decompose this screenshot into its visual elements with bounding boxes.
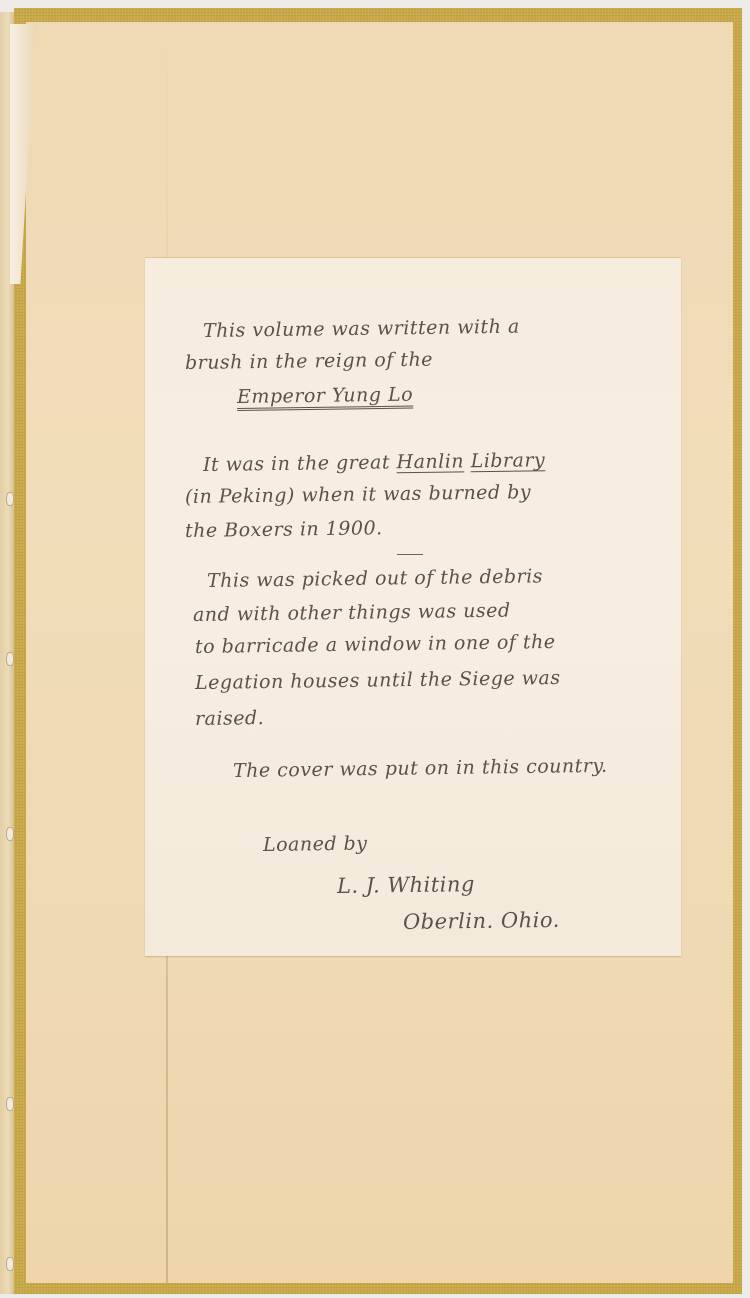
separator-dash [397, 554, 423, 555]
note-line: Legation houses until the Siege was [195, 667, 561, 694]
note-line: This volume was written with a [203, 316, 520, 342]
signature-loaned-by: Loaned by [263, 833, 368, 856]
note-line-emperor: Emperor Yung Lo [237, 384, 413, 408]
note-line: It was in the great Hanlin Library [203, 449, 546, 476]
note-text-library: Library [470, 449, 545, 472]
spine-tear [6, 1257, 14, 1271]
note-line: (in Peking) when it was burned by [185, 481, 531, 508]
note-text-hanlin: Hanlin [396, 450, 464, 473]
note-line: This was picked out of the debris [207, 565, 543, 592]
note-text: It was in the great [203, 451, 397, 476]
signature-name: L. J. Whiting [337, 872, 475, 898]
note-line: and with other things was used [193, 600, 511, 626]
handwritten-note: This volume was written with a brush in … [145, 258, 681, 956]
note-line: brush in the reign of the [185, 349, 433, 374]
note-line: the Boxers in 1900. [185, 517, 383, 542]
note-line: to barricade a window in one of the [195, 631, 556, 658]
spine-tear [6, 652, 14, 666]
spine-tear [6, 1097, 14, 1111]
spine-tear [6, 827, 14, 841]
signature-location: Oberlin. Ohio. [403, 908, 560, 934]
note-line: The cover was put on in this country. [233, 755, 608, 782]
note-line: raised. [195, 707, 264, 730]
spine-tear [6, 492, 14, 506]
